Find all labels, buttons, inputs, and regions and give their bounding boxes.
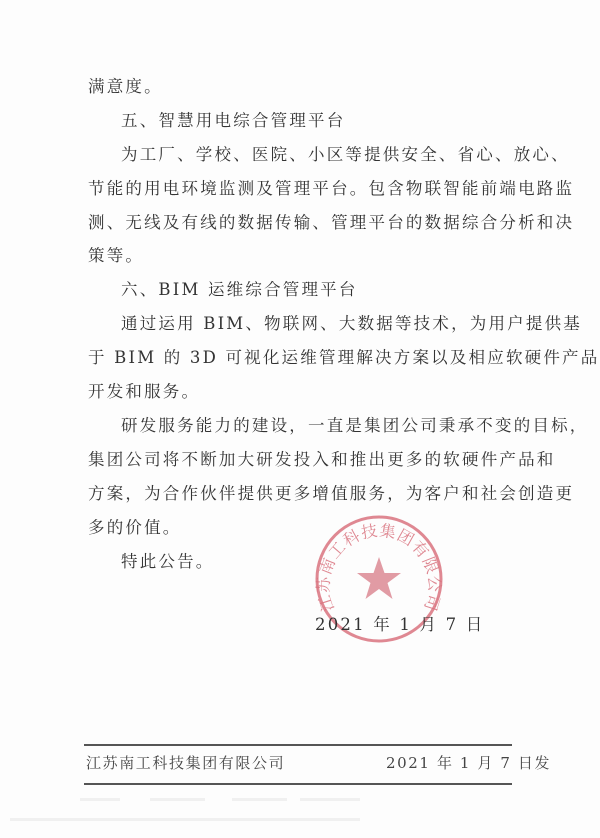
paragraph-line: 节能的用电环境监测及管理平台。包含物联智能前端电路监 (88, 179, 518, 199)
paragraph-line: 通过运用 BIM、物联网、大数据等技术，为用户提供基 (121, 314, 551, 334)
document-page: 满意度。 五、智慧用电综合管理平台 为工厂、学校、医院、小区等提供安全、省心、放… (0, 0, 600, 838)
scan-artifact (232, 798, 287, 801)
signature-date: 2021 年 1 月 7 日 (315, 611, 485, 635)
paragraph-line: 策等。 (88, 246, 518, 266)
section-heading-5: 五、智慧用电综合管理平台 (121, 111, 551, 131)
paragraph-line: 集团公司将不断加大研发投入和推出更多的软硬件产品和 (88, 450, 518, 470)
section-heading-6: 六、BIM 运维综合管理平台 (121, 280, 551, 300)
paragraph-line: 测、无线及有线的数据传输、管理平台的数据综合分析和决 (88, 213, 518, 233)
paragraph-line: 于 BIM 的 3D 可视化运维管理解决方案以及相应软硬件产品 (88, 348, 518, 368)
footer-issuer: 江苏南工科技集团有限公司 (86, 752, 285, 773)
star-icon (357, 557, 401, 599)
footer-bottom-rule (84, 783, 512, 785)
scan-artifact (80, 798, 120, 801)
paragraph-line: 方案，为合作伙伴提供更多增值服务，为客户和社会创造更 (88, 484, 518, 504)
paragraph-line: 开发和服务。 (88, 382, 518, 402)
scan-artifact (300, 798, 360, 801)
paragraph-line: 研发服务能力的建设，一直是集团公司秉承不变的目标， (121, 416, 551, 436)
footer-issued-date: 2021 年 1 月 7 日发 (386, 752, 551, 773)
paragraph-line: 满意度。 (88, 77, 518, 97)
footer-top-rule (84, 744, 512, 746)
paragraph-line: 多的价值。 (88, 518, 518, 538)
paragraph-line: 为工厂、学校、医院、小区等提供安全、省心、放心、 (121, 145, 551, 165)
scan-artifact (150, 798, 205, 801)
scan-artifact (10, 818, 360, 821)
